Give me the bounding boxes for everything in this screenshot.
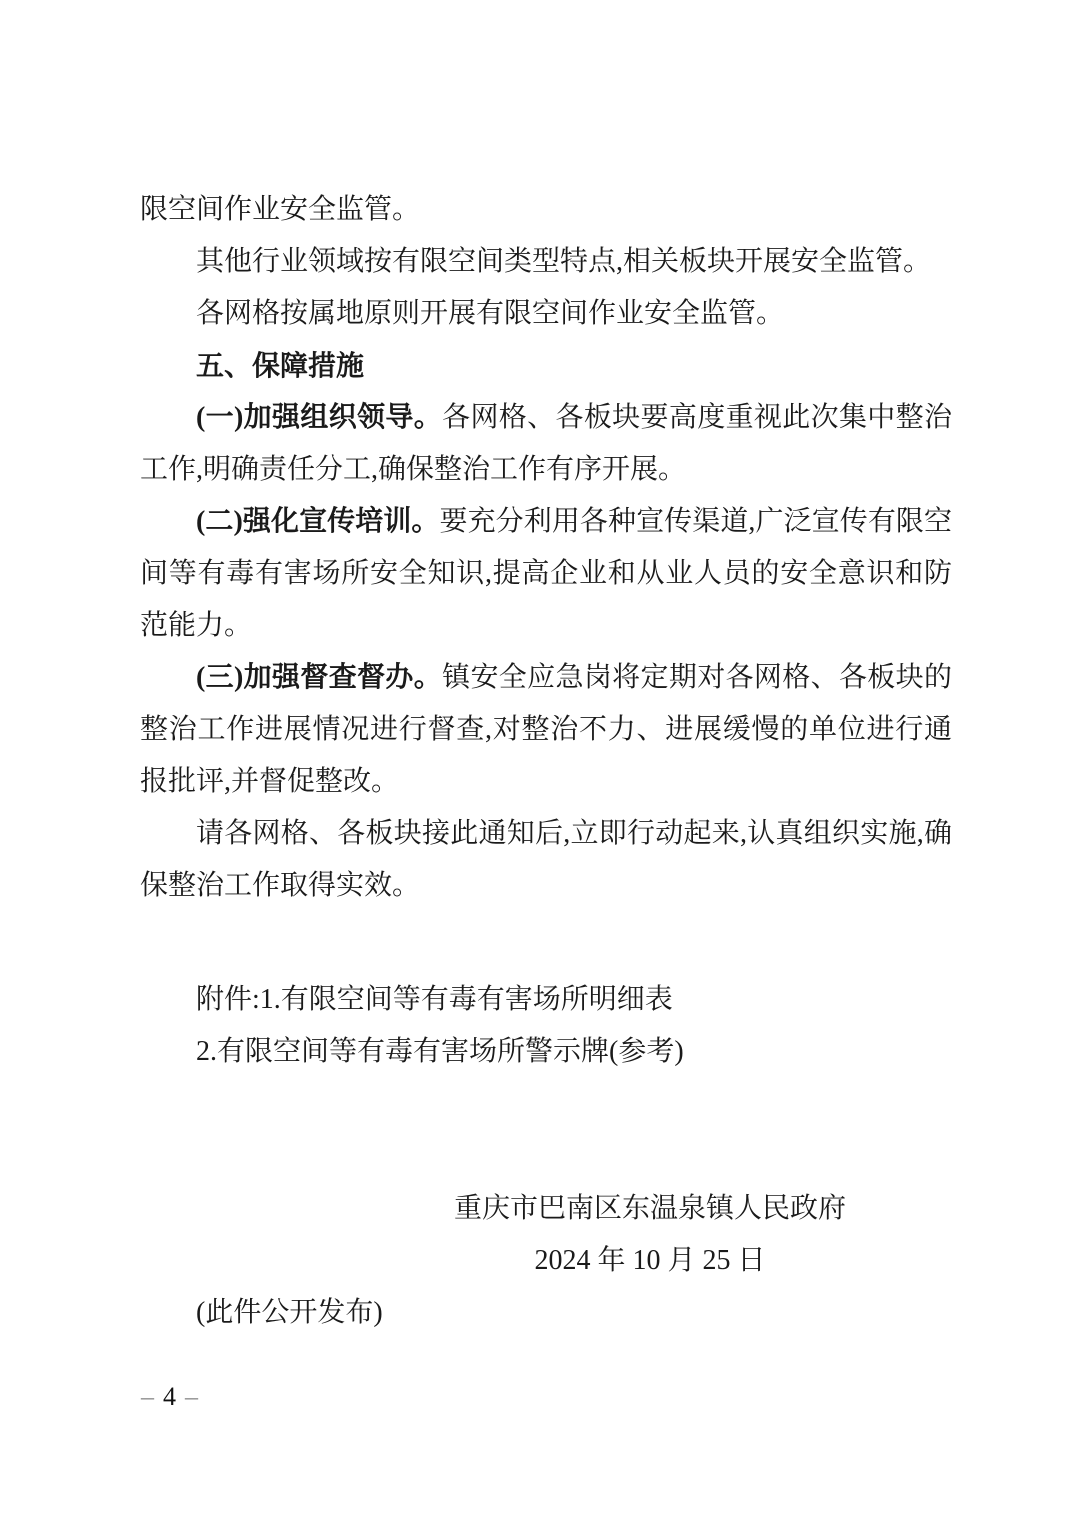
signature-block: 重庆市巴南区东温泉镇人民政府 2024 年 10 月 25 日 bbox=[390, 1183, 910, 1287]
page-number: –4– bbox=[134, 1382, 207, 1412]
measure-item-2: (二)强化宣传培训。要充分利用各种宣传渠道,广泛宣传有限空间等有毒有害场所安全知… bbox=[140, 496, 952, 652]
issuer-name: 重庆市巴南区东温泉镇人民政府 bbox=[390, 1183, 910, 1235]
paragraph-continuation: 限空间作业安全监管。 bbox=[140, 184, 952, 236]
attachment-item-2: 2.有限空间等有毒有害场所警示牌(参考) bbox=[140, 1026, 952, 1078]
paragraph-grids: 各网格按属地原则开展有限空间作业安全监管。 bbox=[140, 288, 952, 340]
paragraph-other-industries: 其他行业领域按有限空间类型特点,相关板块开展安全监管。 bbox=[140, 236, 952, 288]
measure-item-3: (三)加强督查督办。镇安全应急岗将定期对各网格、各板块的整治工作进展情况进行督查… bbox=[140, 652, 952, 808]
public-release-note: (此件公开发布) bbox=[140, 1287, 952, 1339]
page-number-right-dash: – bbox=[178, 1382, 207, 1411]
measure-item-1-lead: (一)加强组织领导。 bbox=[196, 402, 442, 433]
attachment-item-1: 附件:1.有限空间等有毒有害场所明细表 bbox=[140, 974, 952, 1026]
document-body: 限空间作业安全监管。 其他行业领域按有限空间类型特点,相关板块开展安全监管。 各… bbox=[140, 184, 952, 1339]
paragraph-closing: 请各网格、各板块接此通知后,立即行动起来,认真组织实施,确保整治工作取得实效。 bbox=[140, 808, 952, 912]
document-page: 限空间作业安全监管。 其他行业领域按有限空间类型特点,相关板块开展安全监管。 各… bbox=[0, 0, 1074, 1520]
page-number-value: 4 bbox=[163, 1382, 178, 1411]
measure-item-1: (一)加强组织领导。各网格、各板块要高度重视此次集中整治工作,明确责任分工,确保… bbox=[140, 392, 952, 496]
issue-date: 2024 年 10 月 25 日 bbox=[390, 1235, 910, 1287]
section-heading: 五、保障措施 bbox=[140, 340, 952, 392]
page-number-left-dash: – bbox=[134, 1382, 163, 1411]
measure-item-2-lead: (二)强化宣传培训。 bbox=[196, 506, 439, 537]
measure-item-3-lead: (三)加强督查督办。 bbox=[196, 662, 442, 693]
attachments-block: 附件:1.有限空间等有毒有害场所明细表 2.有限空间等有毒有害场所警示牌(参考) bbox=[140, 974, 952, 1078]
